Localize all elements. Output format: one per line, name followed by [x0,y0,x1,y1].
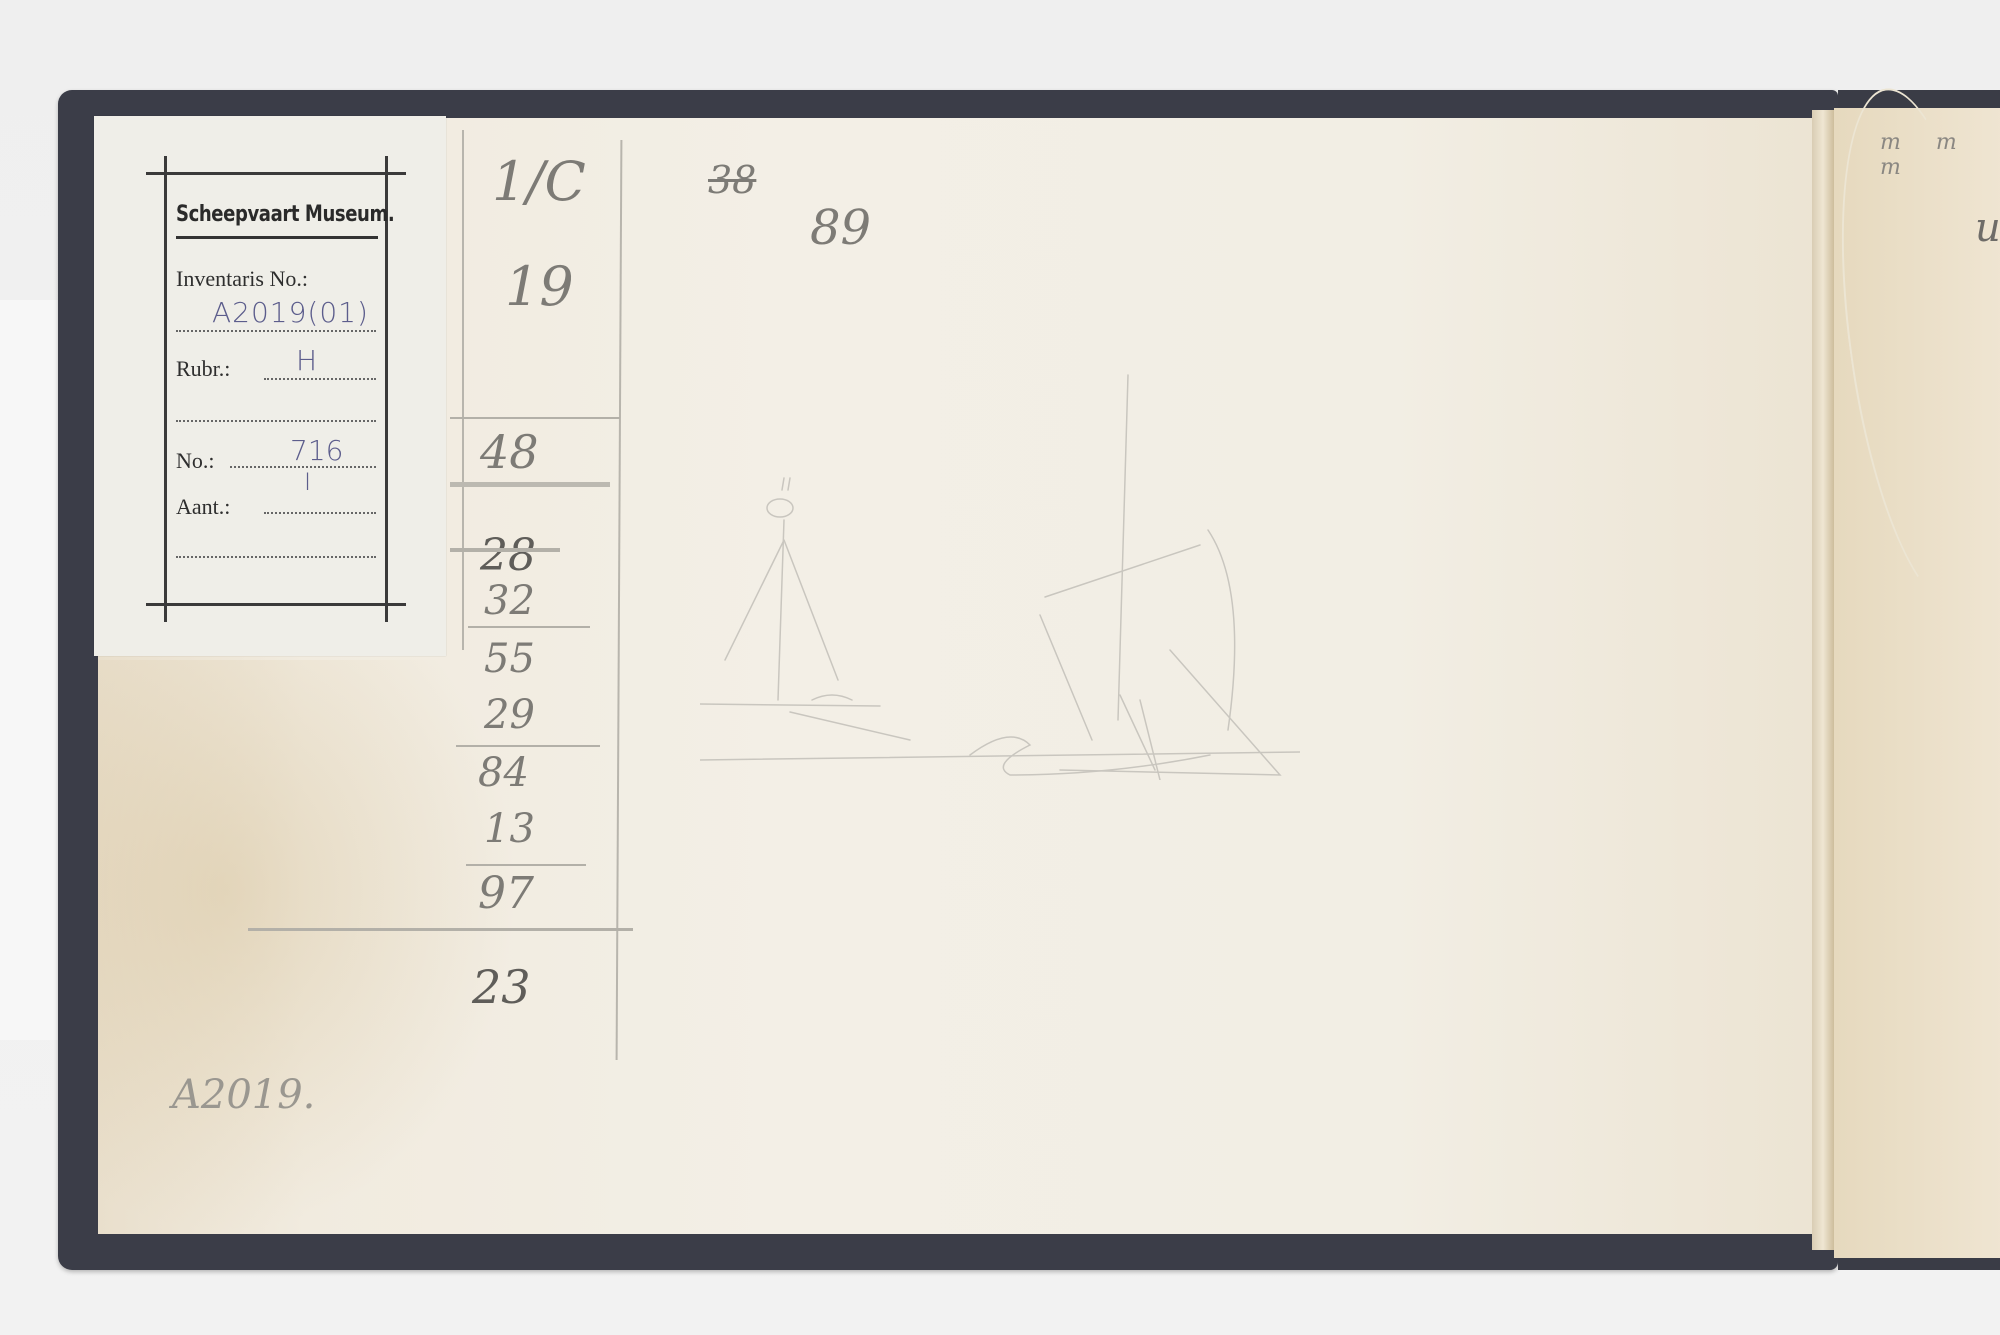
field-inventaris-label: Inventaris No.: [176,266,308,292]
pencil-rule [450,548,560,552]
field-inventaris-dots [176,330,376,332]
pencil-number: 23 [472,960,531,1014]
field-aant-label: Aant.: [176,494,230,520]
field-no-value: 716 [290,434,343,467]
pencil-rule [450,417,620,419]
pencil-number: 29 [484,692,535,738]
paper-stain [98,660,518,1234]
right-page-letter: u [1975,205,2000,251]
pencil-number: 55 [484,636,535,682]
field-inventaris-value: A2019(01) [212,296,369,329]
pencil-number: 48 [480,425,539,479]
column-line-left [462,130,464,650]
field-blank-dots [176,420,376,422]
pencil-note: 89 [810,200,871,256]
museum-label: Scheepvaart Museum. Inventaris No.: A201… [94,116,446,656]
field-aant-value: I [304,468,311,496]
pencil-number: 1/C [492,150,586,213]
field-rubr-dots [264,378,376,380]
title-underline [176,236,378,239]
pencil-rule [466,864,586,866]
field-rubr-value: H [296,344,317,377]
field-no-label: No.: [176,448,215,474]
pencil-rule [456,745,600,747]
pencil-total-rule [248,928,633,931]
pencil-rule [468,626,590,628]
pencil-number: 32 [484,578,535,624]
pencil-number: 28 [480,530,536,581]
ship-sketch [700,360,1300,780]
frame-line-top [146,172,406,175]
pencil-number: 97 [478,868,534,919]
field-rubr-label: Rubr.: [176,356,230,382]
frame-line-left [164,156,167,622]
pencil-number: 84 [478,750,529,796]
pencil-number: 13 [484,806,535,852]
pencil-rule [450,482,610,487]
book-gutter [1812,110,1834,1250]
signature: A2019. [172,1072,315,1118]
label-title: Scheepvaart Museum. [176,202,394,227]
frame-line-bottom [146,603,406,606]
field-blank2-dots [176,556,376,558]
field-aant-dots [264,512,376,514]
pencil-number: 19 [505,255,574,318]
crossed-out-number: 38 [708,158,756,202]
